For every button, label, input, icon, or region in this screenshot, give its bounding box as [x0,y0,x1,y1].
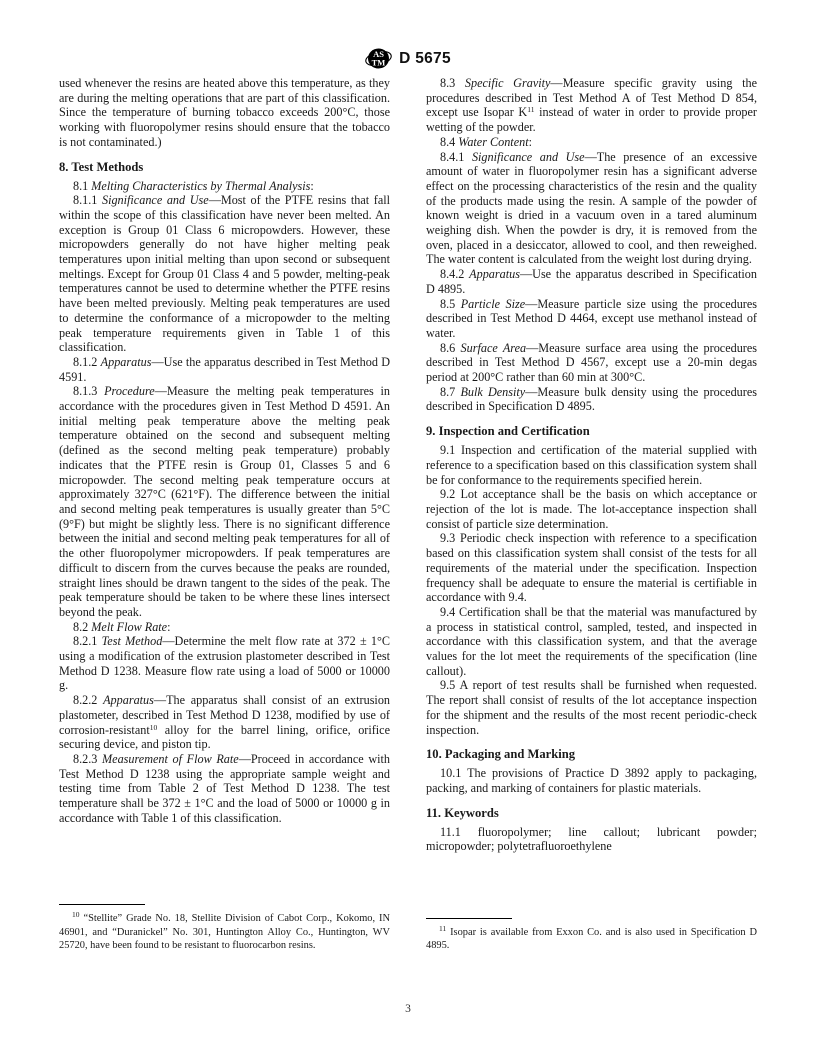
text-run: —Measure the melting peak temperatures i… [59,384,390,619]
paragraph: 11.1 fluoropolymer; line callout; lubric… [426,825,757,854]
paragraph: 9.5 A report of test results shall be fu… [426,678,757,737]
paragraph: 8.4.2 Apparatus—Use the apparatus descri… [426,267,757,296]
text-run: 8.1.3 [73,384,104,398]
paragraph: 8.1.3 Procedure—Measure the melting peak… [59,384,390,619]
document-page: AS TM D 5675 used whenever the resins ar… [0,0,816,1056]
italic-run: Apparatus [101,355,152,369]
text-run: 8.4.2 [440,267,469,281]
text-run: 8.2.2 [73,693,103,707]
text-run: 8.1.2 [73,355,101,369]
italic-run: Apparatus [469,267,520,281]
astm-logo-icon: AS TM [365,46,392,71]
italic-run: Bulk Density [460,385,525,399]
italic-run: Procedure [104,384,155,398]
text-run: —The presence of an excessive amount of … [426,150,757,267]
text-run: 8.2.3 [73,752,102,766]
text-run: 9.1 Inspection and certification of the … [426,443,757,486]
italic-run: Test Method [102,634,163,648]
paragraph: 8.2.1 Test Method—Determine the melt flo… [59,634,390,693]
paragraph: 8.1.1 Significance and Use—Most of the P… [59,193,390,355]
text-run: 8.2.1 [73,634,102,648]
text-run: —Most of the PTFE resins that fall withi… [59,193,390,354]
text-run: 8.1 [73,179,91,193]
italic-run: Significance and Use [102,193,209,207]
footnote: 10 “Stellite” Grade No. 18, Stellite Div… [59,904,390,952]
paragraph: 10.1 The provisions of Practice D 3892 a… [426,766,757,795]
page-number: 3 [0,1003,816,1015]
text-run: 8.4 [440,135,458,149]
footnote-text: 11 Isopar is available from Exxon Co. an… [426,926,757,952]
column-right: 8.3 Specific Gravity—Measure specific gr… [426,76,757,952]
paragraph: 8.7 Bulk Density—Measure bulk density us… [426,385,757,414]
paragraph: 8.6 Surface Area—Measure surface area us… [426,341,757,385]
document-number: D 5675 [399,50,451,68]
text-run: : [529,135,532,149]
paragraph: used whenever the resins are heated abov… [59,76,390,150]
footnote-rule [426,918,512,919]
page-header: AS TM D 5675 [0,46,816,71]
text-run: 9.3 Periodic check inspection with refer… [426,531,757,604]
text-run: “Stellite” Grade No. 18, Stellite Divisi… [59,913,390,950]
paragraph: 9.2 Lot acceptance shall be the basis on… [426,487,757,531]
section-heading: 9. Inspection and Certification [426,424,757,439]
italic-run: Melting Characteristics by Thermal Analy… [91,179,310,193]
text-run: Isopar is available from Exxon Co. and i… [426,927,757,951]
text-run: 8.5 [440,297,461,311]
text-run: : [310,179,313,193]
text-run: 8.3 [440,76,465,90]
italic-run: Melt Flow Rate [91,620,167,634]
paragraph: 8.3 Specific Gravity—Measure specific gr… [426,76,757,135]
text-run: 9.2 Lot acceptance shall be the basis on… [426,487,757,530]
paragraph: 8.1 Melting Characteristics by Thermal A… [59,179,390,194]
section-heading: 11. Keywords [426,806,757,821]
italic-run: Particle Size [461,297,525,311]
paragraph: 8.2.2 Apparatus—The apparatus shall cons… [59,693,390,752]
section-heading: 10. Packaging and Marking [426,747,757,762]
footnote-text: 10 “Stellite” Grade No. 18, Stellite Div… [59,912,390,952]
text-run: 8.6 [440,341,461,355]
page-body: used whenever the resins are heated abov… [59,76,757,952]
paragraph: 8.2 Melt Flow Rate: [59,620,390,635]
text-run: 8.4.1 [440,150,472,164]
italic-run: Surface Area [461,341,527,355]
text-run: : [167,620,170,634]
text-run: 8.2 [73,620,91,634]
text-run: 9.4 Certification shall be that the mate… [426,605,757,678]
text-run: 10.1 The provisions of Practice D 3892 a… [426,766,757,795]
text-run: used whenever the resins are heated abov… [59,76,390,149]
footnote: 11 Isopar is available from Exxon Co. an… [426,918,757,952]
paragraph: 9.3 Periodic check inspection with refer… [426,531,757,605]
italic-run: Water Content [458,135,528,149]
footnote-rule [59,904,145,905]
section-heading: 8. Test Methods [59,160,390,175]
italic-run: Significance and Use [472,150,585,164]
column-left: used whenever the resins are heated abov… [59,76,390,952]
text-run: 9.5 A report of test results shall be fu… [426,678,757,736]
paragraph: 9.4 Certification shall be that the mate… [426,605,757,679]
paragraph: 8.5 Particle Size—Measure particle size … [426,297,757,341]
paragraph: 8.1.2 Apparatus—Use the apparatus descri… [59,355,390,384]
italic-run: Measurement of Flow Rate [102,752,239,766]
paragraph: 8.4.1 Significance and Use—The presence … [426,150,757,268]
italic-run: Specific Gravity [465,76,550,90]
text-run: 8.1.1 [73,193,102,207]
footnote-ref: 10 [72,910,80,919]
svg-text:TM: TM [372,57,386,67]
text-run: 8.7 [440,385,460,399]
text-run: 11.1 fluoropolymer; line callout; lubric… [426,825,757,854]
paragraph: 9.1 Inspection and certification of the … [426,443,757,487]
paragraph: 8.2.3 Measurement of Flow Rate—Proceed i… [59,752,390,826]
italic-run: Apparatus [103,693,154,707]
paragraph: 8.4 Water Content: [426,135,757,150]
